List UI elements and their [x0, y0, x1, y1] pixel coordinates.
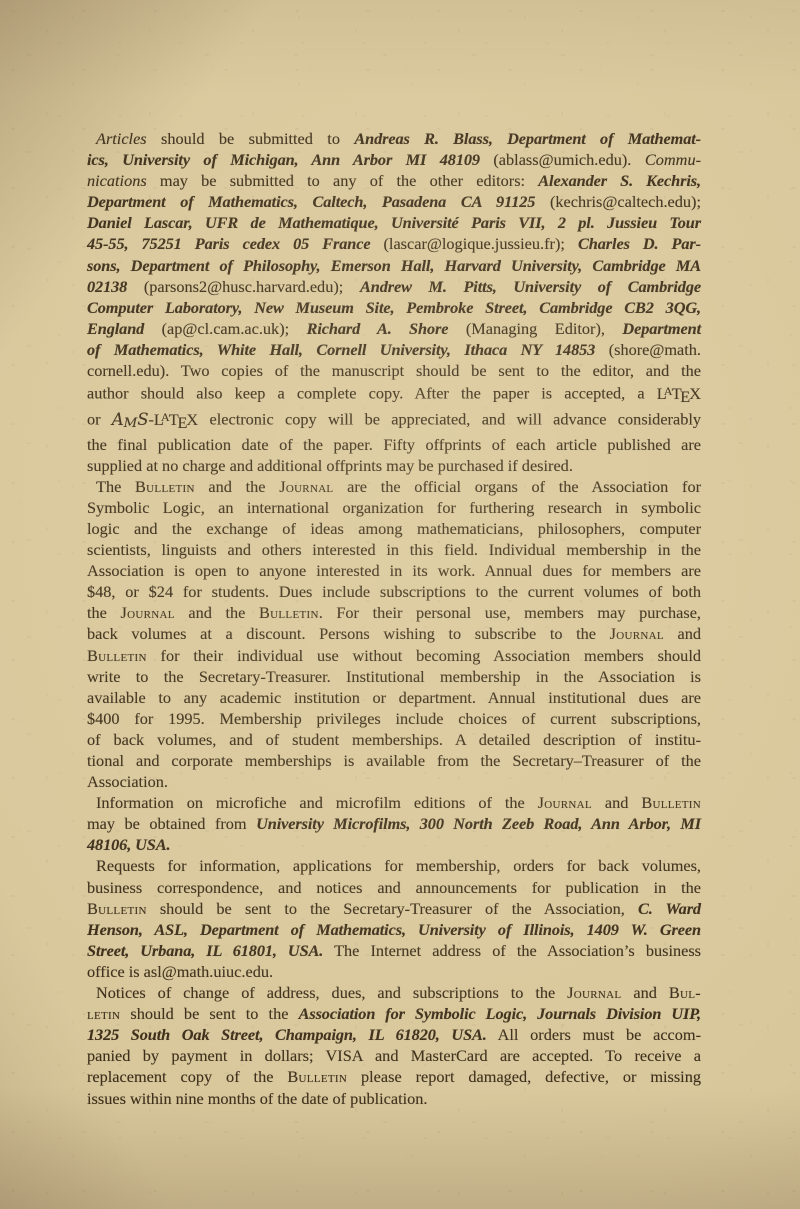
- text-segment: please report damaged, defective, or mis…: [347, 1067, 701, 1086]
- text-line: 45-55, 75251 Paris cedex 05 France (lasc…: [87, 233, 701, 254]
- text-line: sons, Department of Philosophy, Emerson …: [87, 255, 701, 276]
- text-line: issues within nine months of the date of…: [87, 1088, 701, 1109]
- paragraph: The Bulletin and the Journal are the off…: [87, 476, 701, 792]
- text-segment: replacement copy of the: [87, 1067, 287, 1086]
- text-segment: cornell.edu). Two copies of the manuscri…: [87, 361, 701, 380]
- text-line: replacement copy of the Bulletin please …: [87, 1066, 701, 1087]
- text-segment: $400 for 1995. Membership privileges inc…: [87, 709, 701, 728]
- text-segment: 48106, USA.: [87, 835, 171, 854]
- text-line: Information on microfiche and microfilm …: [87, 792, 701, 813]
- paragraph: Information on microfiche and microfilm …: [87, 792, 701, 855]
- text-segment: and the: [195, 477, 279, 496]
- text-line: office is asl@math.uiuc.edu.: [87, 961, 701, 982]
- text-segment: scientists, linguists and others interes…: [87, 540, 701, 559]
- text-segment: Andrew M. Pitts, University of Cambridge: [360, 277, 701, 296]
- text-line: scientists, linguists and others interes…: [87, 539, 701, 560]
- text-segment: issues within nine months of the date of…: [87, 1089, 428, 1108]
- text-segment: business correspondence, and notices and…: [87, 878, 701, 897]
- text-block: Articles should be submitted to Andreas …: [87, 128, 701, 1109]
- text-line: of back volumes, and of student membersh…: [87, 729, 701, 750]
- text-line: supplied at no charge and additional off…: [87, 455, 701, 476]
- text-line: $48, or $24 for students. Dues include s…: [87, 581, 701, 602]
- text-segment: office is asl@math.uiuc.edu.: [87, 962, 273, 981]
- text-segment: available to any academic institution or…: [87, 688, 701, 707]
- text-segment: Charles D. Par-: [578, 234, 701, 253]
- text-segment: 1325 South Oak Street, Champaign, IL 618…: [87, 1025, 487, 1044]
- text-line: nications may be submitted to any of the…: [87, 170, 701, 191]
- paragraph: Articles should be submitted to Andreas …: [87, 128, 701, 476]
- text-segment: author should also keep a complete copy.…: [87, 384, 657, 403]
- text-line: Symbolic Logic, an international organiz…: [87, 497, 701, 518]
- text-line: or AMS-LATEX electronic copy will be app…: [87, 407, 701, 433]
- text-segment: Bulletin: [87, 646, 147, 665]
- text-segment: Journal: [279, 477, 333, 496]
- text-segment: the final publication date of the paper.…: [87, 435, 701, 454]
- text-segment: should be submitted to: [147, 129, 355, 148]
- text-segment: $48, or $24 for students. Dues include s…: [87, 582, 701, 601]
- text-segment: panied by payment in dollars; VISA and M…: [87, 1046, 701, 1065]
- text-segment: and: [592, 793, 641, 812]
- paragraph: Notices of change of address, dues, and …: [87, 982, 701, 1109]
- text-line: Bulletin for their individual use withou…: [87, 645, 701, 666]
- text-segment: write to the Secretary-Treasurer. Instit…: [87, 667, 701, 686]
- text-line: Street, Urbana, IL 61801, USA. The Inter…: [87, 940, 701, 961]
- text-segment: electronic copy will be appreciated, and…: [198, 410, 701, 429]
- text-segment: Department of Mathematics, Caltech, Pasa…: [87, 192, 550, 211]
- text-segment: Bulletin: [641, 793, 701, 812]
- text-segment: Commu-: [645, 150, 701, 169]
- latex-logo: LATEX: [154, 410, 198, 429]
- text-line: 02138 (parsons2@husc.harvard.edu); Andre…: [87, 276, 701, 297]
- text-segment: and: [664, 624, 701, 643]
- text-segment: Daniel Lascar, UFR de Mathematique, Univ…: [87, 213, 701, 232]
- text-line: the final publication date of the paper.…: [87, 434, 701, 455]
- text-segment: C. Ward: [638, 899, 701, 918]
- text-segment: Journal: [567, 983, 621, 1002]
- text-segment: Bulletin: [87, 899, 147, 918]
- text-segment: (lascar@logique.jussieu.fr);: [384, 234, 579, 253]
- text-segment: letin: [87, 1004, 120, 1023]
- text-line: of Mathematics, White Hall, Cornell Univ…: [87, 339, 701, 360]
- text-segment: Bulletin: [135, 477, 195, 496]
- text-segment: Richard A. Shore: [307, 319, 449, 338]
- text-line: Requests for information, applications f…: [87, 855, 701, 876]
- text-line: tional and corporate memberships is avai…: [87, 750, 701, 771]
- text-segment: supplied at no charge and additional off…: [87, 456, 573, 475]
- text-line: $400 for 1995. Membership privileges inc…: [87, 708, 701, 729]
- text-line: write to the Secretary-Treasurer. Instit…: [87, 666, 701, 687]
- text-line: letin should be sent to the Association …: [87, 1003, 701, 1024]
- text-segment: (parsons2@husc.harvard.edu);: [144, 277, 360, 296]
- text-line: England (ap@cl.cam.ac.uk); Richard A. Sh…: [87, 318, 701, 339]
- text-segment: Journal: [538, 793, 592, 812]
- text-line: 1325 South Oak Street, Champaign, IL 618…: [87, 1024, 701, 1045]
- text-line: back volumes at a discount. Persons wish…: [87, 623, 701, 644]
- text-segment: (kechris@caltech.edu);: [550, 192, 701, 211]
- text-segment: the: [87, 603, 121, 622]
- text-segment: (shore@math.: [609, 340, 701, 359]
- text-line: Henson, ASL, Department of Mathematics, …: [87, 919, 701, 940]
- text-line: Association is open to anyone interested…: [87, 560, 701, 581]
- text-segment: Association is open to anyone interested…: [87, 561, 701, 580]
- text-line: business correspondence, and notices and…: [87, 877, 701, 898]
- text-segment: Articles: [96, 129, 147, 148]
- text-line: author should also keep a complete copy.…: [87, 381, 701, 407]
- text-segment: 45-55, 75251 Paris cedex 05 France: [87, 234, 384, 253]
- text-segment: tional and corporate memberships is avai…: [87, 751, 701, 770]
- text-segment: Street, Urbana, IL 61801, USA.: [87, 941, 323, 960]
- text-segment: 02138: [87, 277, 144, 296]
- paragraph: Requests for information, applications f…: [87, 855, 701, 982]
- text-line: The Bulletin and the Journal are the off…: [87, 476, 701, 497]
- text-line: logic and the exchange of ideas among ma…: [87, 518, 701, 539]
- text-segment: (ablass@umich.edu).: [493, 150, 645, 169]
- text-segment: (ap@cl.cam.ac.uk);: [162, 319, 307, 338]
- text-segment: Association for Symbolic Logic, Journals…: [299, 1004, 701, 1023]
- text-line: ics, University of Michigan, Ann Arbor M…: [87, 149, 701, 170]
- text-segment: . For their personal use, members may pu…: [319, 603, 701, 622]
- text-segment: sons, Department of Philosophy, Emerson …: [87, 256, 701, 275]
- text-segment: Notices of change of address, dues, and …: [96, 983, 567, 1002]
- text-line: Department of Mathematics, Caltech, Pasa…: [87, 191, 701, 212]
- text-segment: Bul-: [669, 983, 701, 1002]
- text-segment: and: [621, 983, 668, 1002]
- text-line: Bulletin should be sent to the Secretary…: [87, 898, 701, 919]
- text-line: Notices of change of address, dues, and …: [87, 982, 701, 1003]
- text-segment: may be obtained from: [87, 814, 256, 833]
- text-segment: Bulletin: [259, 603, 319, 622]
- text-segment: Bulletin: [287, 1067, 347, 1086]
- text-line: Daniel Lascar, UFR de Mathematique, Univ…: [87, 212, 701, 233]
- text-segment: and the: [175, 603, 259, 622]
- text-segment: All orders must be accom-: [487, 1025, 701, 1044]
- text-line: available to any academic institution or…: [87, 687, 701, 708]
- text-segment: Information on microfiche and microfilm …: [96, 793, 538, 812]
- text-line: cornell.edu). Two copies of the manuscri…: [87, 360, 701, 381]
- ams-logo: AMS: [112, 410, 149, 429]
- text-line: Computer Laboratory, New Museum Site, Pe…: [87, 297, 701, 318]
- text-segment: Journal: [610, 624, 664, 643]
- text-segment: Alexander S. Kechris,: [538, 171, 701, 190]
- text-segment: are the official organs of the Associati…: [333, 477, 701, 496]
- text-segment: The: [96, 477, 135, 496]
- text-segment: logic and the exchange of ideas among ma…: [87, 519, 701, 538]
- text-line: the Journal and the Bulletin. For their …: [87, 602, 701, 623]
- page: Articles should be submitted to Andreas …: [0, 0, 800, 1209]
- text-segment: should be sent to the Secretary-Treasure…: [147, 899, 638, 918]
- text-line: Association.: [87, 771, 701, 792]
- text-segment: Computer Laboratory, New Museum Site, Pe…: [87, 298, 701, 317]
- text-segment: Andreas R. Blass, Department of Mathemat…: [354, 129, 701, 148]
- text-segment: Journal: [121, 603, 175, 622]
- text-segment: ics, University of Michigan, Ann Arbor M…: [87, 150, 493, 169]
- text-segment: nications: [87, 171, 147, 190]
- text-line: may be obtained from University Microfil…: [87, 813, 701, 834]
- text-segment: for their individual use without becomin…: [147, 646, 701, 665]
- text-segment: England: [87, 319, 162, 338]
- text-segment: of back volumes, and of student membersh…: [87, 730, 701, 749]
- text-segment: The Internet address of the Association’…: [323, 941, 701, 960]
- text-segment: should be sent to the: [120, 1004, 298, 1023]
- text-segment: Requests for information, applications f…: [96, 856, 701, 875]
- text-segment: Henson, ASL, Department of Mathematics, …: [87, 920, 701, 939]
- text-line: 48106, USA.: [87, 834, 701, 855]
- text-segment: Department: [622, 319, 701, 338]
- text-segment: Association.: [87, 772, 168, 791]
- text-segment: back volumes at a discount. Persons wish…: [87, 624, 610, 643]
- text-segment: University Microfilms, 300 North Zeeb Ro…: [256, 814, 701, 833]
- text-segment: may be submitted to any of the other edi…: [147, 171, 539, 190]
- text-line: panied by payment in dollars; VISA and M…: [87, 1045, 701, 1066]
- latex-logo: LATEX: [657, 384, 701, 403]
- text-segment: (Managing Editor),: [448, 319, 622, 338]
- text-segment: of Mathematics, White Hall, Cornell Univ…: [87, 340, 609, 359]
- text-line: Articles should be submitted to Andreas …: [87, 128, 701, 149]
- text-segment: Symbolic Logic, an international organiz…: [87, 498, 701, 517]
- text-segment: or: [87, 410, 112, 429]
